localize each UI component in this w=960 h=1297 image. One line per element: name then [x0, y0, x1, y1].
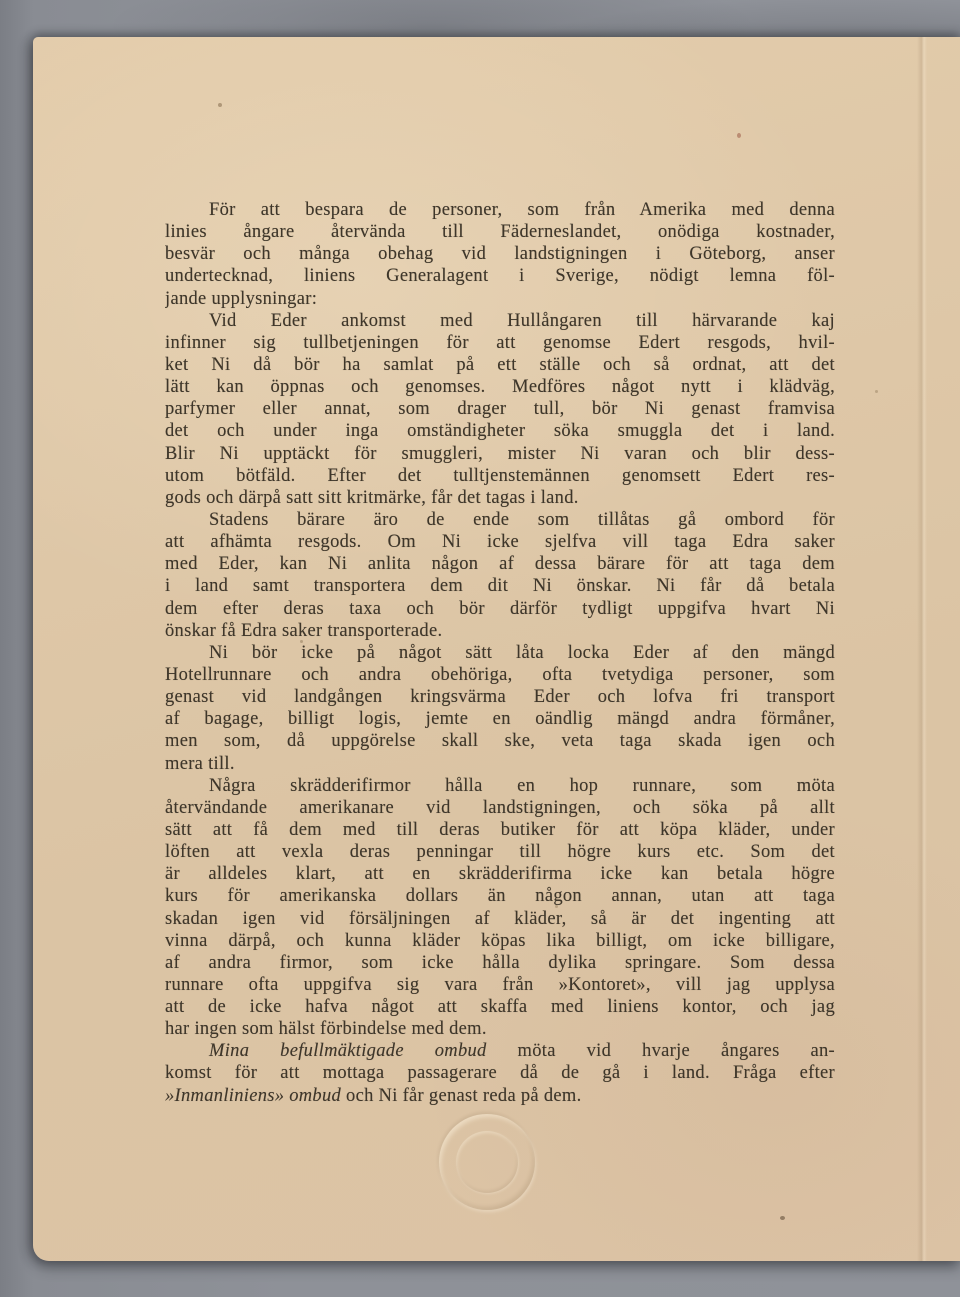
italic-text-segment: »Inmanliniens» ombud: [165, 1086, 341, 1106]
text-segment: mera till.: [165, 754, 235, 774]
embossed-seal-icon: [439, 1114, 535, 1210]
text-line: att de icke hafva något att skaffa med l…: [165, 996, 835, 1018]
text-line: det och under inga omständigheter söka s…: [165, 420, 835, 442]
text-segment: komst för att mottaga passagerare då de …: [165, 1063, 835, 1083]
text-line: vinna därpå, och kunna kläder köpas lika…: [165, 930, 835, 952]
text-line: gods och därpå satt sitt kritmärke, får …: [165, 487, 835, 509]
paper-speck: [218, 103, 222, 107]
text-segment: Stadens bärare äro de ende som tillåtas …: [209, 510, 835, 530]
text-line: lätt kan öppnas och genomses. Medföres n…: [165, 376, 835, 398]
text-segment: vinna därpå, och kunna kläder köpas lika…: [165, 931, 835, 951]
text-segment: dem efter deras taxa och bör därför tydl…: [165, 599, 835, 619]
text-segment: infinner sig tullbetjeningen för att gen…: [165, 333, 835, 353]
text-segment: undertecknad, liniens Generalagent i Sve…: [165, 266, 835, 286]
text-line: undertecknad, liniens Generalagent i Sve…: [165, 265, 835, 287]
paper-speck: [737, 133, 741, 138]
text-segment: kurs för amerikanska dollars än någon an…: [165, 886, 835, 906]
text-line: med Eder, kan Ni anlita någon af dessa b…: [165, 553, 835, 575]
text-segment: Hotellrunnare och andra obehöriga, ofta …: [165, 665, 835, 685]
text-line: sätt att få dem med till deras butiker f…: [165, 819, 835, 841]
text-segment: af andra firmor, som icke hålla dylika s…: [165, 953, 835, 973]
text-line: önskar få Edra saker transporterade.: [165, 620, 835, 642]
text-segment: sätt att få dem med till deras butiker f…: [165, 820, 835, 840]
text-line: ket Ni då bör ha samlat på ett ställe oc…: [165, 354, 835, 376]
text-segment: genast vid landgången kringsvärma Eder o…: [165, 687, 835, 707]
paper-speck: [780, 1216, 785, 1220]
text-segment: jande upplysningar:: [165, 289, 317, 309]
text-line: genast vid landgången kringsvärma Eder o…: [165, 686, 835, 708]
italic-text-segment: Mina befullmäktigade ombud: [209, 1041, 487, 1061]
text-line: jande upplysningar:: [165, 288, 835, 310]
text-line: löften att vexla deras penningar till hö…: [165, 841, 835, 863]
text-line: runnare ofta uppgifva sig vara från »Kon…: [165, 974, 835, 996]
text-segment: Ni bör icke på något sätt låta locka Ede…: [209, 643, 835, 663]
text-line: Vid Eder ankomst med Hullångaren till hä…: [165, 310, 835, 332]
text-line: komst för att mottaga passagerare då de …: [165, 1062, 835, 1084]
text-segment: runnare ofta uppgifva sig vara från »Kon…: [165, 975, 835, 995]
text-line: har ingen som hälst förbindelse med dem.: [165, 1018, 835, 1040]
text-segment: löften att vexla deras penningar till hö…: [165, 842, 835, 862]
text-segment: För att bespara de personer, som från Am…: [209, 200, 835, 220]
text-line: mera till.: [165, 753, 835, 775]
text-segment: i land samt transportera dem dit Ni önsk…: [165, 576, 835, 596]
text-segment: att afhämta resgods. Om Ni icke sjelfva …: [165, 532, 835, 552]
text-segment: önskar få Edra saker transporterade.: [165, 621, 442, 641]
paper-speck: [875, 390, 878, 393]
text-line: kurs för amerikanska dollars än någon an…: [165, 885, 835, 907]
text-line: För att bespara de personer, som från Am…: [165, 199, 835, 221]
text-line: infinner sig tullbetjeningen för att gen…: [165, 332, 835, 354]
text-segment: men som, då uppgörelse skall ske, veta t…: [165, 731, 835, 751]
text-line: besvär och många obehag vid landstigning…: [165, 243, 835, 265]
text-line: Ni bör icke på något sätt låta locka Ede…: [165, 642, 835, 664]
text-line: att afhämta resgods. Om Ni icke sjelfva …: [165, 531, 835, 553]
text-segment: gods och därpå satt sitt kritmärke, får …: [165, 488, 579, 508]
text-line: »Inmanliniens» ombud och Ni får genast r…: [165, 1085, 835, 1107]
text-segment: att de icke hafva något att skaffa med l…: [165, 997, 835, 1017]
text-segment: är alldeles klart, att en skrädderifirma…: [165, 864, 835, 884]
text-segment: Blir Ni upptäckt för smuggleri, mister N…: [165, 444, 835, 464]
text-segment: parfymer eller annat, som drager tull, b…: [165, 399, 835, 419]
text-line: parfymer eller annat, som drager tull, b…: [165, 398, 835, 420]
text-line: skadan igen vid försäljningen af kläder,…: [165, 908, 835, 930]
text-line: Stadens bärare äro de ende som tillåtas …: [165, 509, 835, 531]
text-segment: och Ni får genast reda på dem.: [341, 1086, 581, 1106]
document-text: För att bespara de personer, som från Am…: [165, 199, 835, 1107]
text-line: Några skrädderifirmor hålla en hop runna…: [165, 775, 835, 797]
text-line: är alldeles klart, att en skrädderifirma…: [165, 863, 835, 885]
paper-crease: [917, 37, 927, 1261]
text-line: men som, då uppgörelse skall ske, veta t…: [165, 730, 835, 752]
text-segment: har ingen som hälst förbindelse med dem.: [165, 1019, 487, 1039]
text-line: Blir Ni upptäckt för smuggleri, mister N…: [165, 443, 835, 465]
text-line: Hotellrunnare och andra obehöriga, ofta …: [165, 664, 835, 686]
text-segment: med Eder, kan Ni anlita någon af dessa b…: [165, 554, 835, 574]
text-segment: utom bötfäld. Efter det tulltjenstemänne…: [165, 466, 835, 486]
text-line: af bagage, billigt logis, jemte en oändl…: [165, 708, 835, 730]
text-segment: Några skrädderifirmor hålla en hop runna…: [209, 776, 835, 796]
document-page: För att bespara de personer, som från Am…: [33, 37, 960, 1261]
text-segment: skadan igen vid försäljningen af kläder,…: [165, 909, 835, 929]
text-segment: möta vid hvarje ångares an-: [487, 1041, 835, 1061]
text-line: dem efter deras taxa och bör därför tydl…: [165, 598, 835, 620]
text-line: Mina befullmäktigade ombud möta vid hvar…: [165, 1040, 835, 1062]
text-segment: det och under inga omständigheter söka s…: [165, 421, 835, 441]
text-segment: af bagage, billigt logis, jemte en oändl…: [165, 709, 835, 729]
text-segment: återvändande amerikanare vid landstignin…: [165, 798, 835, 818]
text-segment: lätt kan öppnas och genomses. Medföres n…: [165, 377, 835, 397]
text-line: af andra firmor, som icke hålla dylika s…: [165, 952, 835, 974]
text-segment: ket Ni då bör ha samlat på ett ställe oc…: [165, 355, 835, 375]
text-line: återvändande amerikanare vid landstignin…: [165, 797, 835, 819]
text-segment: Vid Eder ankomst med Hullångaren till hä…: [209, 311, 835, 331]
text-segment: besvär och många obehag vid landstigning…: [165, 244, 835, 264]
text-segment: linies ångare återvända till Fäderneslan…: [165, 222, 835, 242]
text-line: linies ångare återvända till Fäderneslan…: [165, 221, 835, 243]
text-line: utom bötfäld. Efter det tulltjenstemänne…: [165, 465, 835, 487]
text-line: i land samt transportera dem dit Ni önsk…: [165, 575, 835, 597]
